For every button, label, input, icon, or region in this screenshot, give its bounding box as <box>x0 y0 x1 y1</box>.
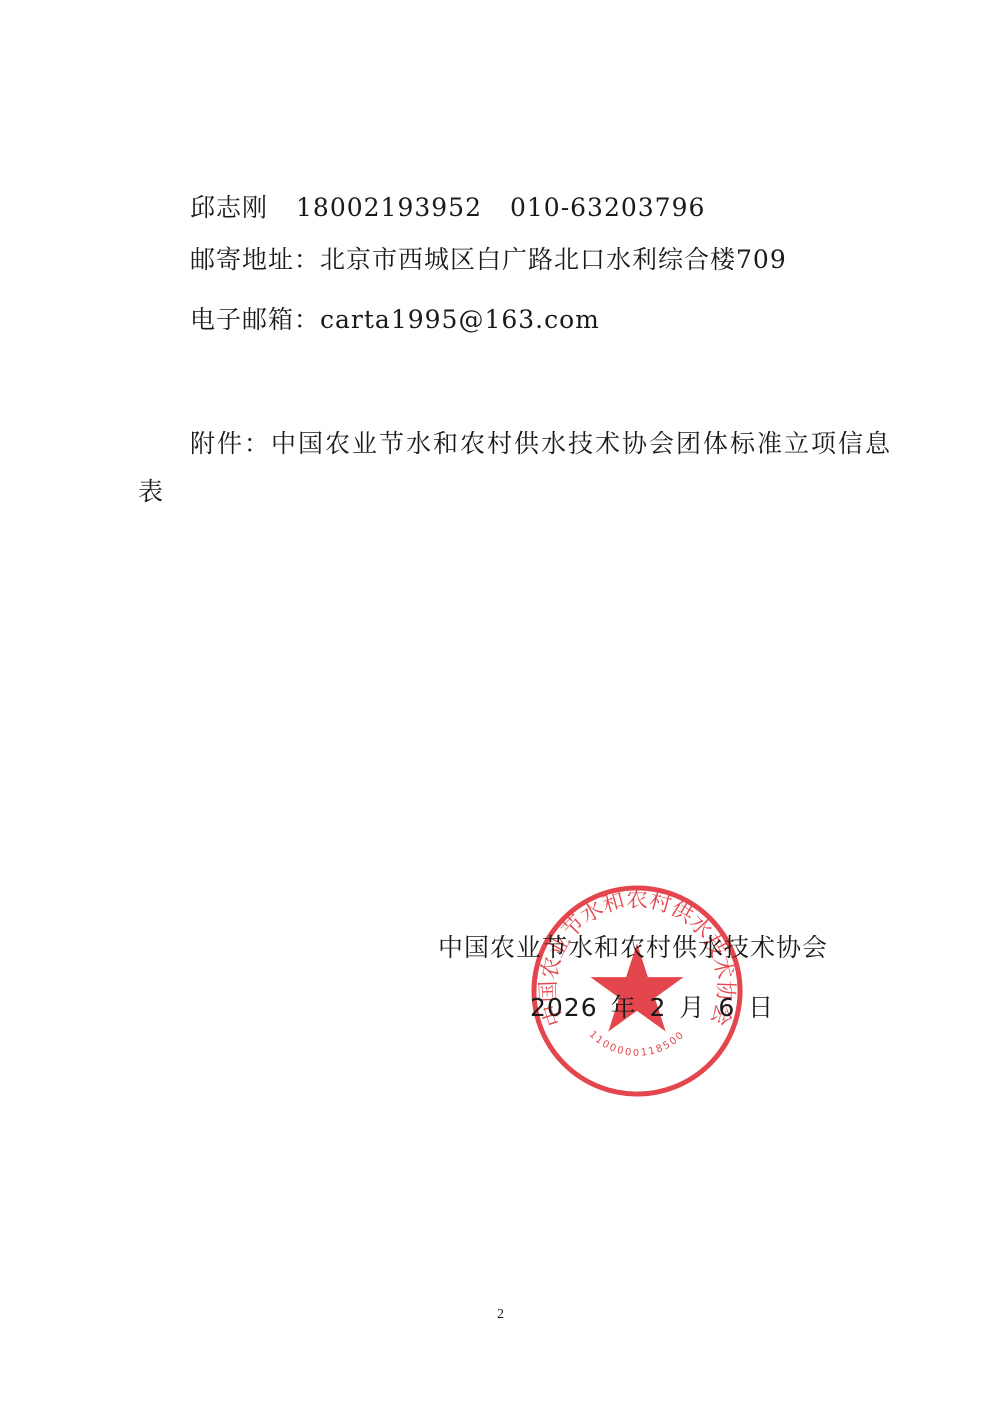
page-number: 2 <box>497 1307 504 1323</box>
contact-name: 邱志刚 <box>190 193 268 222</box>
address-label: 邮寄地址： <box>190 245 320 274</box>
email-line: 电子邮箱：carta1995@163.com <box>190 300 600 336</box>
attachment-line-2: 表 <box>138 472 164 508</box>
email-value: carta1995@163.com <box>320 305 600 334</box>
address-line: 邮寄地址：北京市西城区白广路北口水利综合楼709 <box>190 240 787 276</box>
address-value: 北京市西城区白广路北口水利综合楼709 <box>320 245 787 274</box>
contact-line: 邱志刚18002193952010-63203796 <box>190 188 705 224</box>
attachment-line-1: 附件：中国农业节水和农村供水技术协会团体标准立项信息 <box>190 424 892 460</box>
signing-date: 2026 年 2 月 6 日 <box>530 988 774 1024</box>
signing-organization: 中国农业节水和农村供水技术协会 <box>438 928 828 964</box>
contact-mobile: 18002193952 <box>296 193 482 222</box>
email-label: 电子邮箱： <box>190 305 320 334</box>
contact-phone: 010-63203796 <box>510 193 705 222</box>
svg-text:1100000118500: 1100000118500 <box>587 1029 688 1059</box>
